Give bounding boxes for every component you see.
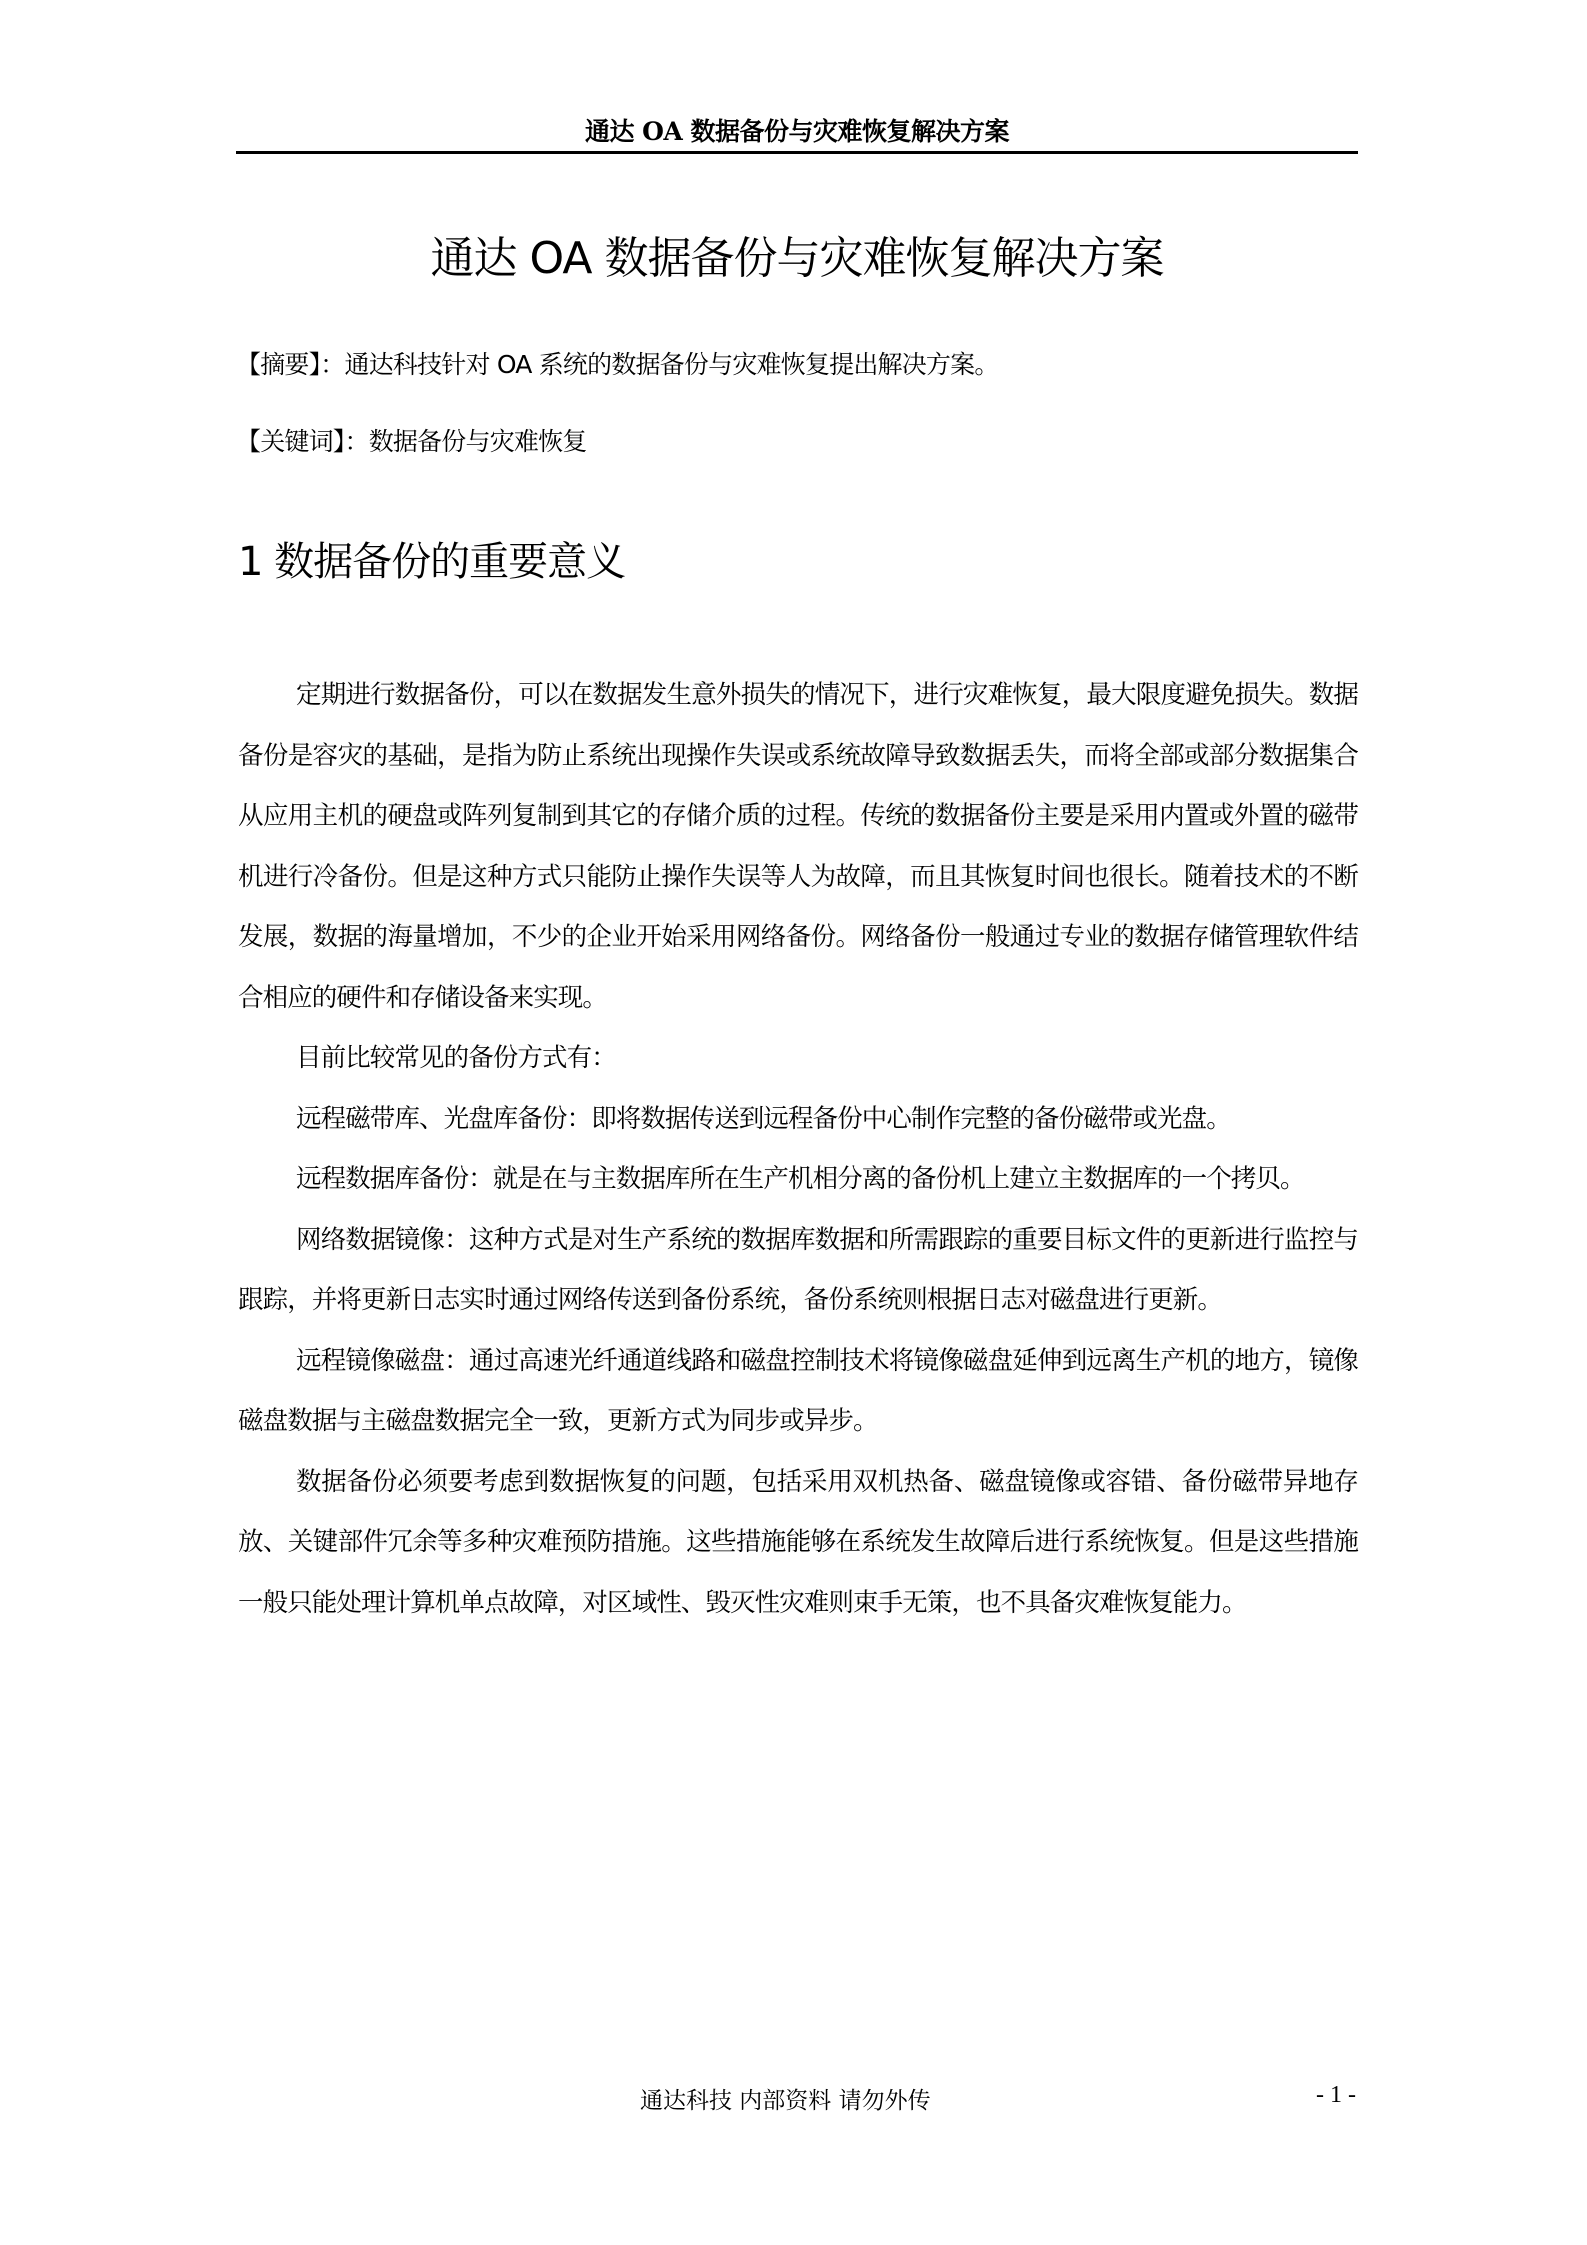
paragraph: 远程磁带库、光盘库备份：即将数据传送到远程备份中心制作完整的备份磁带或光盘。: [238, 1089, 1358, 1150]
paragraph: 目前比较常见的备份方式有：: [238, 1028, 1358, 1089]
paragraph: 远程镜像磁盘：通过高速光纤通道线路和磁盘控制技术将镜像磁盘延伸到远离生产机的地方…: [238, 1331, 1358, 1452]
section-heading: 1 数据备份的重要意义: [238, 530, 625, 587]
header-rule: [236, 151, 1358, 154]
paragraph: 定期进行数据备份，可以在数据发生意外损失的情况下，进行灾难恢复，最大限度避免损失…: [238, 665, 1358, 1028]
paragraph: 远程数据库备份：就是在与主数据库所在生产机相分离的备份机上建立主数据库的一个拷贝…: [238, 1149, 1358, 1210]
document-title: 通达 OA 数据备份与灾难恢复解决方案: [236, 222, 1358, 286]
page-number: - 1 -: [1316, 2082, 1356, 2109]
paragraph: 数据备份必须要考虑到数据恢复的问题，包括采用双机热备、磁盘镜像或容错、备份磁带异…: [238, 1452, 1358, 1634]
footer-text: 通达科技 内部资料 请勿外传: [640, 2082, 931, 2115]
section-body: 定期进行数据备份，可以在数据发生意外损失的情况下，进行灾难恢复，最大限度避免损失…: [238, 665, 1358, 1633]
keywords: 【关键词】：数据备份与灾难恢复: [236, 422, 587, 458]
paragraph: 网络数据镜像：这种方式是对生产系统的数据库数据和所需跟踪的重要目标文件的更新进行…: [238, 1210, 1358, 1331]
abstract: 【摘要】：通达科技针对 OA 系统的数据备份与灾难恢复提出解决方案。: [236, 345, 999, 381]
running-header: 通达 OA 数据备份与灾难恢复解决方案: [236, 112, 1358, 148]
